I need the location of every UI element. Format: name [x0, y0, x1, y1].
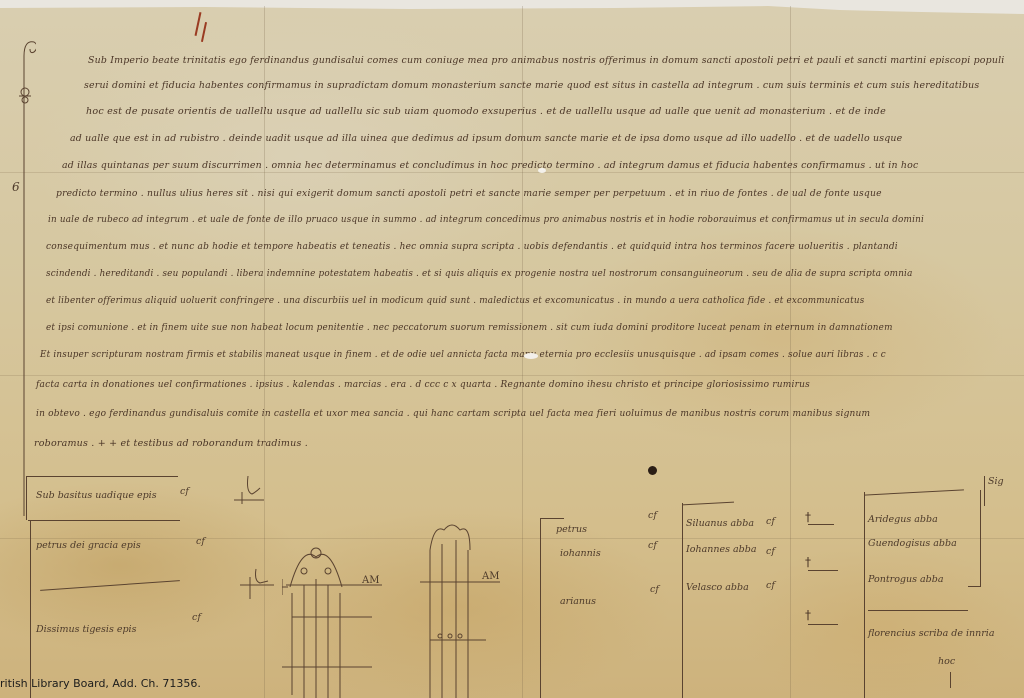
confirm-mark: cf [766, 580, 775, 591]
confirm-mark: cf [766, 546, 775, 557]
margin-numeral: 6 [12, 180, 20, 194]
charter-line: ad illas quintanas per suum discurrimen … [62, 160, 918, 171]
bishop-signature: Sub basitus uadique epis [36, 490, 157, 501]
signum-line [808, 624, 838, 625]
scribe-signature-line-2: hoc [938, 656, 955, 667]
charter-line: scindendi . hereditandi . seu populandi … [46, 269, 913, 279]
confirm-mark: cf [648, 540, 657, 551]
chrismon-ornament-icon [16, 36, 36, 516]
bracket-line [26, 476, 27, 520]
witness-name: iohannis [560, 548, 601, 559]
bracket-line [26, 476, 178, 477]
signum-line [808, 524, 834, 525]
bishop-signature: petrus dei gracia epis [36, 540, 141, 551]
charter-line: consequimentum mus . et nunc ab hodie et… [46, 242, 898, 252]
abbot-signature: Siluanus abba [686, 518, 754, 529]
bracket-line [30, 520, 31, 698]
abbot-signature: Iohannes abba [686, 544, 757, 555]
charter-line: et libenter offerimus aliquid uoluerit c… [46, 296, 864, 306]
charter-line: hoc est de pusate orientis de uallellu u… [86, 106, 886, 117]
signature-fragment: Sig [988, 476, 1004, 487]
image-credit-caption: ritish Library Board, Add. Ch. 71356. [0, 677, 201, 690]
signum-mark-icon [228, 470, 268, 506]
charter-line: roboramus . + + et testibus ad roborandu… [34, 438, 308, 449]
bracket-line [984, 476, 985, 506]
charter-line: Sub Imperio beate trinitatis ego ferdina… [88, 55, 1004, 66]
bracket-line [968, 586, 981, 587]
witness-name: arianus [560, 596, 596, 607]
signum-line [808, 570, 838, 571]
confirm-mark: cf [648, 510, 657, 521]
charter-line: in uale de rubeco ad integrum . et uale … [48, 215, 924, 225]
charter-line: serui domini et fiducia habentes confirm… [84, 80, 979, 91]
confirm-mark: cf [650, 584, 659, 595]
confirm-mark: cf [180, 486, 189, 497]
ink-blot [648, 466, 657, 475]
fold-line-horizontal [0, 375, 1024, 376]
abbot-signature: Aridegus abba [868, 514, 938, 525]
charter-line: facta carta in donationes uel confirmati… [36, 380, 810, 390]
bracket-line [868, 610, 968, 611]
charter-line: in obtevo . ego ferdinandus gundisaluis … [36, 409, 870, 419]
scribe-signature: florencius scriba de innria [868, 628, 995, 639]
signum-cross-icon: † [805, 510, 811, 524]
bracket-line [682, 503, 683, 698]
abbot-signature: Pontrogus abba [868, 574, 944, 585]
royal-monogram-icon [420, 520, 500, 698]
monogram-label: AM [482, 571, 499, 582]
abbot-signature: Velasco abba [686, 582, 749, 593]
witness-name: petrus [556, 524, 587, 535]
signum-cross-icon: † [805, 555, 811, 569]
royal-monogram-icon [282, 535, 392, 698]
signum-mark-icon [238, 565, 278, 601]
bracket-line [980, 490, 981, 586]
monogram-label: AM [362, 575, 379, 586]
bracket-line [540, 518, 564, 519]
signum-cross-icon: † [805, 608, 811, 622]
charter-line: predicto termino . nullus ulius heres si… [56, 188, 882, 199]
bishop-signature: Dissimus tigesis epis [36, 624, 136, 635]
bracket-line [864, 492, 865, 698]
parchment-hole [538, 168, 546, 173]
bracket-line [28, 520, 180, 521]
abbot-signature: Guendogisus abba [868, 538, 957, 549]
charter-line: Et insuper scripturam nostram firmis et … [40, 350, 886, 360]
fold-line-horizontal [0, 172, 1024, 173]
confirm-mark: cf [192, 612, 201, 623]
parchment-hole [524, 353, 538, 359]
charter-line: ad ualle que est in ad rubistro . deinde… [70, 133, 902, 144]
confirm-mark: cf [766, 516, 775, 527]
confirm-mark: cf [196, 536, 205, 547]
bracket-line [540, 518, 541, 698]
charter-line: et ipsi comunione . et in finem uite sue… [46, 323, 893, 333]
scribe-mark [950, 672, 951, 688]
